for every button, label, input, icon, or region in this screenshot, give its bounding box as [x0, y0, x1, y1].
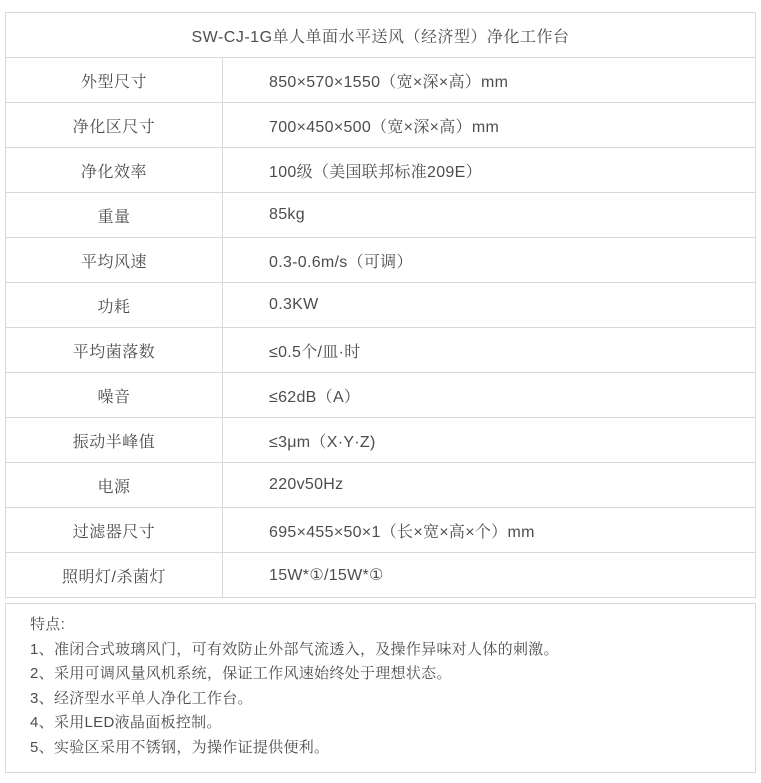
- spec-value: 0.3-0.6m/s（可调）: [223, 238, 755, 282]
- spec-value: ≤3μm（X·Y·Z): [223, 418, 755, 462]
- spec-label: 平均风速: [6, 238, 223, 282]
- spec-label: 平均菌落数: [6, 328, 223, 372]
- spec-label: 噪音: [6, 373, 223, 417]
- spec-label: 净化效率: [6, 148, 223, 192]
- spec-label: 重量: [6, 193, 223, 237]
- feature-item-1: 1、准闭合式玻璃风门，可有效防止外部气流透入，及操作异味对人体的刺激。: [30, 638, 731, 663]
- spec-value: 0.3KW: [223, 283, 755, 327]
- spec-value: 85kg: [223, 193, 755, 237]
- spec-label: 振动半峰值: [6, 418, 223, 462]
- feature-item-5: 5、实验区采用不锈钢，为操作证提供便利。: [30, 736, 731, 761]
- spec-value: ≤62dB（A）: [223, 373, 755, 417]
- spec-label: 外型尺寸: [6, 58, 223, 102]
- spec-label: 电源: [6, 463, 223, 507]
- spec-row-power-consumption: 功耗 0.3KW: [6, 282, 755, 327]
- spec-row-clean-area-size: 净化区尺寸 700×450×500（宽×深×高）mm: [6, 102, 755, 147]
- spec-value: 850×570×1550（宽×深×高）mm: [223, 58, 755, 102]
- spec-label: 过滤器尺寸: [6, 508, 223, 552]
- spec-row-vibration: 振动半峰值 ≤3μm（X·Y·Z): [6, 417, 755, 462]
- features-heading: 特点:: [30, 613, 731, 638]
- spec-row-wind-speed: 平均风速 0.3-0.6m/s（可调）: [6, 237, 755, 282]
- spec-value: 695×455×50×1（长×宽×高×个）mm: [223, 508, 755, 552]
- features-section: 特点: 1、准闭合式玻璃风门，可有效防止外部气流透入，及操作异味对人体的刺激。 …: [5, 603, 756, 773]
- feature-item-4: 4、采用LED液晶面板控制。: [30, 711, 731, 736]
- spec-row-outer-size: 外型尺寸 850×570×1550（宽×深×高）mm: [6, 57, 755, 102]
- product-spec-table: SW-CJ-1G单人单面水平送风（经济型）净化工作台 外型尺寸 850×570×…: [5, 12, 756, 598]
- spec-row-colony-count: 平均菌落数 ≤0.5个/皿·时: [6, 327, 755, 372]
- spec-row-filter-size: 过滤器尺寸 695×455×50×1（长×宽×高×个）mm: [6, 507, 755, 552]
- product-title: SW-CJ-1G单人单面水平送风（经济型）净化工作台: [6, 13, 755, 57]
- spec-value: ≤0.5个/皿·时: [223, 328, 755, 372]
- spec-sheet-page: SW-CJ-1G单人单面水平送风（经济型）净化工作台 外型尺寸 850×570×…: [0, 0, 761, 783]
- spec-label: 照明灯/杀菌灯: [6, 553, 223, 597]
- spec-value: 220v50Hz: [223, 463, 755, 507]
- spec-row-lamps: 照明灯/杀菌灯 15W*①/15W*①: [6, 552, 755, 597]
- spec-value: 100级（美国联邦标准209E）: [223, 148, 755, 192]
- spec-label: 净化区尺寸: [6, 103, 223, 147]
- spec-row-noise: 噪音 ≤62dB（A）: [6, 372, 755, 417]
- spec-row-efficiency: 净化效率 100级（美国联邦标准209E）: [6, 147, 755, 192]
- feature-item-2: 2、采用可调风量风机系统，保证工作风速始终处于理想状态。: [30, 662, 731, 687]
- spec-value: 700×450×500（宽×深×高）mm: [223, 103, 755, 147]
- spec-row-weight: 重量 85kg: [6, 192, 755, 237]
- spec-row-power-supply: 电源 220v50Hz: [6, 462, 755, 507]
- spec-label: 功耗: [6, 283, 223, 327]
- feature-item-3: 3、经济型水平单人净化工作台。: [30, 687, 731, 712]
- spec-value: 15W*①/15W*①: [223, 553, 755, 597]
